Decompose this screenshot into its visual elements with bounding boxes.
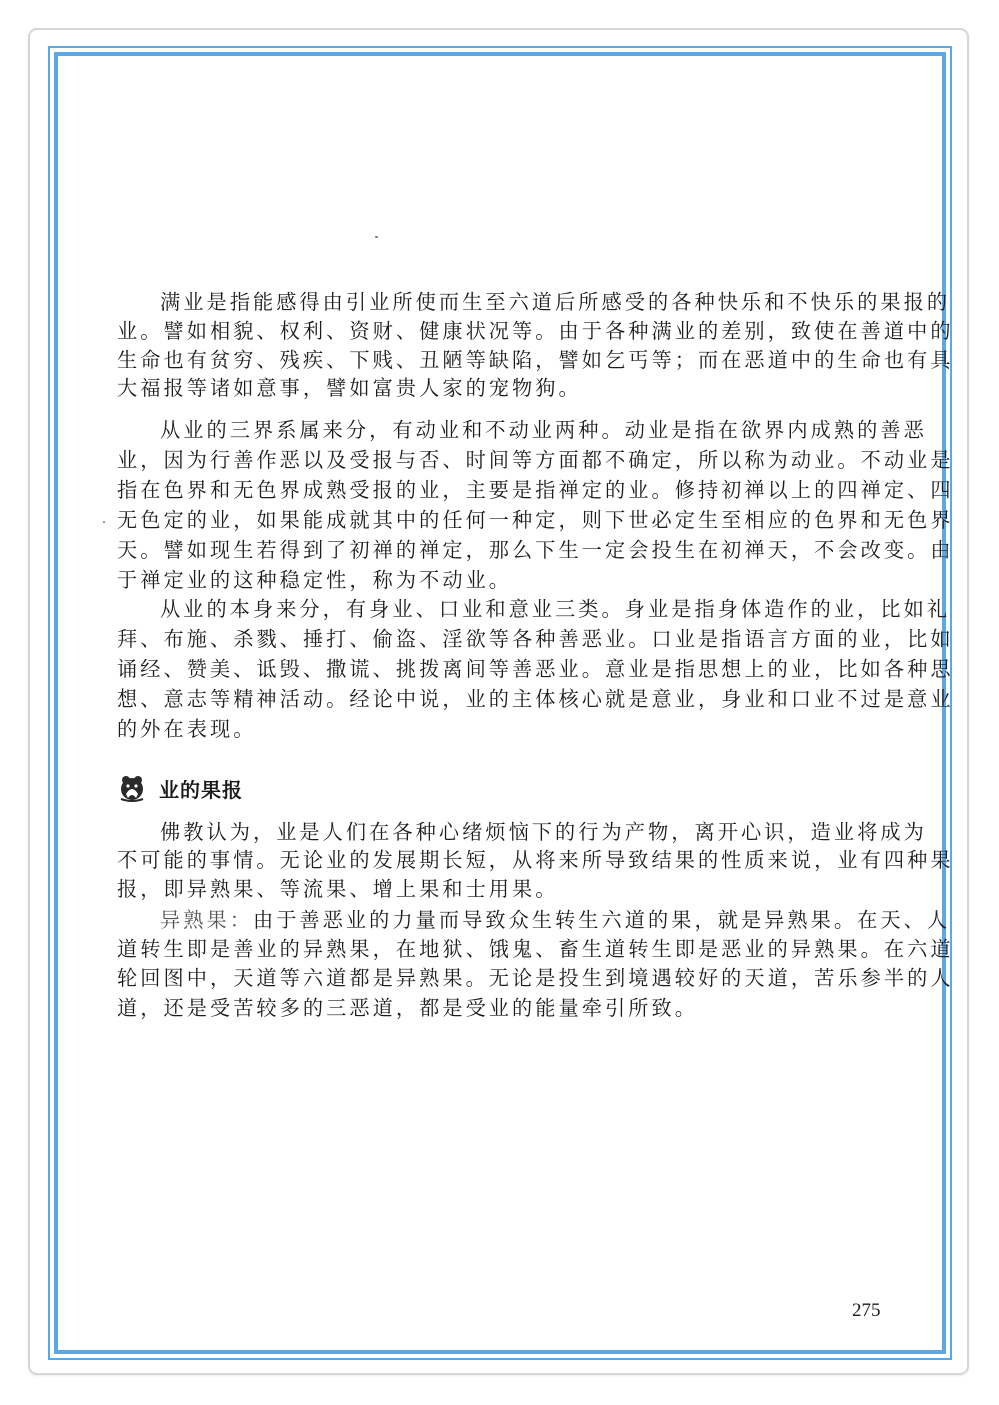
text-line: 佛教认为，业是人们在各种心绪烦恼下的行为产物，离开心识，造业将成为 bbox=[160, 818, 840, 846]
text-line: 轮回图中，天道等六道都是异熟果。无论是投生到境遇较好的天道，苦乐参半的人 bbox=[117, 964, 841, 992]
text-line: 于禅定业的这种稳定性，称为不动业。 bbox=[117, 566, 841, 594]
text-line: 想、意志等精神活动。经论中说，业的主体核心就是意业，身业和口业不过是意业 bbox=[117, 685, 841, 713]
text-line: 诵经、赞美、诋毁、撒谎、挑拨离间等善恶业。意业是指思想上的业，比如各种思 bbox=[117, 655, 841, 683]
text-line: 满业是指能感得由引业所使而生至六道后所感受的各种快乐和不快乐的果报的 bbox=[160, 288, 840, 316]
text-line: 从业的三界系属来分，有动业和不动业两种。动业是指在欲界内成熟的善恶 bbox=[160, 416, 840, 444]
text-line: 的外在表现。 bbox=[117, 715, 841, 743]
scan-speck bbox=[375, 236, 378, 238]
page-number: 275 bbox=[852, 1300, 881, 1322]
text-line: 不可能的事情。无论业的发展期长短，从将来所导致结果的性质来说，业有四种果 bbox=[117, 846, 841, 874]
text-span: 由于善恶业的力量而导致众生转生六道的果，就是异熟果。在天、人 bbox=[253, 908, 950, 932]
ornament-icon bbox=[118, 774, 146, 802]
book-page: 满业是指能感得由引业所使而生至六道后所感受的各种快乐和不快乐的果报的 业。譬如相… bbox=[58, 56, 942, 1350]
section-title: 业的果报 bbox=[159, 774, 243, 803]
text-line: 业。譬如相貌、权利、资财、健康状况等。由于各种满业的差别，致使在善道中的 bbox=[117, 317, 841, 345]
section-heading: 业的果报 bbox=[118, 773, 243, 803]
text-line: 业，因为行善作恶以及受报与否、时间等方面都不确定，所以称为动业。不动业是 bbox=[117, 446, 841, 474]
scan-speck bbox=[103, 521, 105, 523]
text-line: 指在色界和无色界成熟受报的业，主要是指禅定的业。修持初禅以上的四禅定、四 bbox=[117, 476, 841, 504]
text-line: 从业的本身来分，有身业、口业和意业三类。身业是指身体造作的业，比如礼 bbox=[160, 595, 840, 623]
text-line: 生命也有贫穷、残疾、下贱、丑陋等缺陷，譬如乞丐等；而在恶道中的生命也有具 bbox=[117, 346, 841, 374]
text-line: 无色定的业，如果能成就其中的任何一种定，则下世必定生至相应的色界和无色界 bbox=[117, 506, 841, 534]
text-line: 道转生即是善业的异熟果，在地狱、饿鬼、畜生道转生即是恶业的异熟果。在六道 bbox=[117, 935, 841, 963]
text-line: 大福报等诸如意事，譬如富贵人家的宠物狗。 bbox=[117, 374, 841, 402]
text-line: 天。譬如现生若得到了初禅的禅定，那么下生一定会投生在初禅天，不会改变。由 bbox=[117, 536, 841, 564]
text-line: 道，还是受苦较多的三恶道，都是受业的能量牵引所致。 bbox=[117, 994, 841, 1022]
text-line: 拜、布施、杀戮、捶打、偷盗、淫欲等各种善恶业。口业是指语言方面的业，比如 bbox=[117, 625, 841, 653]
text-line: 异熟果：由于善恶业的力量而导致众生转生六道的果，就是异熟果。在天、人 bbox=[160, 906, 840, 934]
term-label: 异熟果： bbox=[160, 908, 253, 932]
text-line: 报，即异熟果、等流果、增上果和士用果。 bbox=[117, 875, 841, 903]
